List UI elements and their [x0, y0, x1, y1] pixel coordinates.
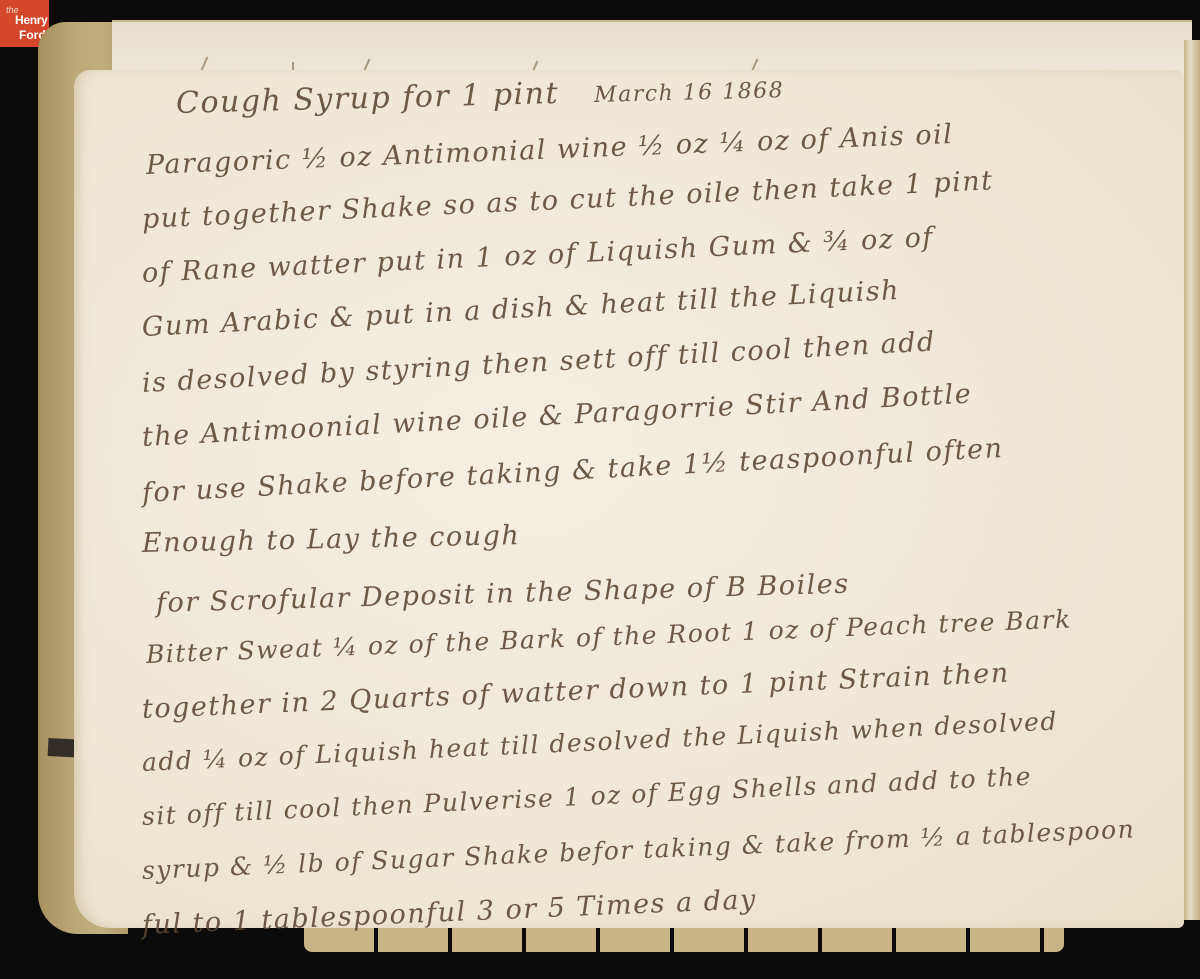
- book-spine-edge: [1184, 40, 1200, 920]
- entry-date: March 16 1868: [594, 78, 785, 108]
- frayed-page-edge: [304, 928, 1064, 952]
- logo-text-henry: Henry: [15, 14, 48, 26]
